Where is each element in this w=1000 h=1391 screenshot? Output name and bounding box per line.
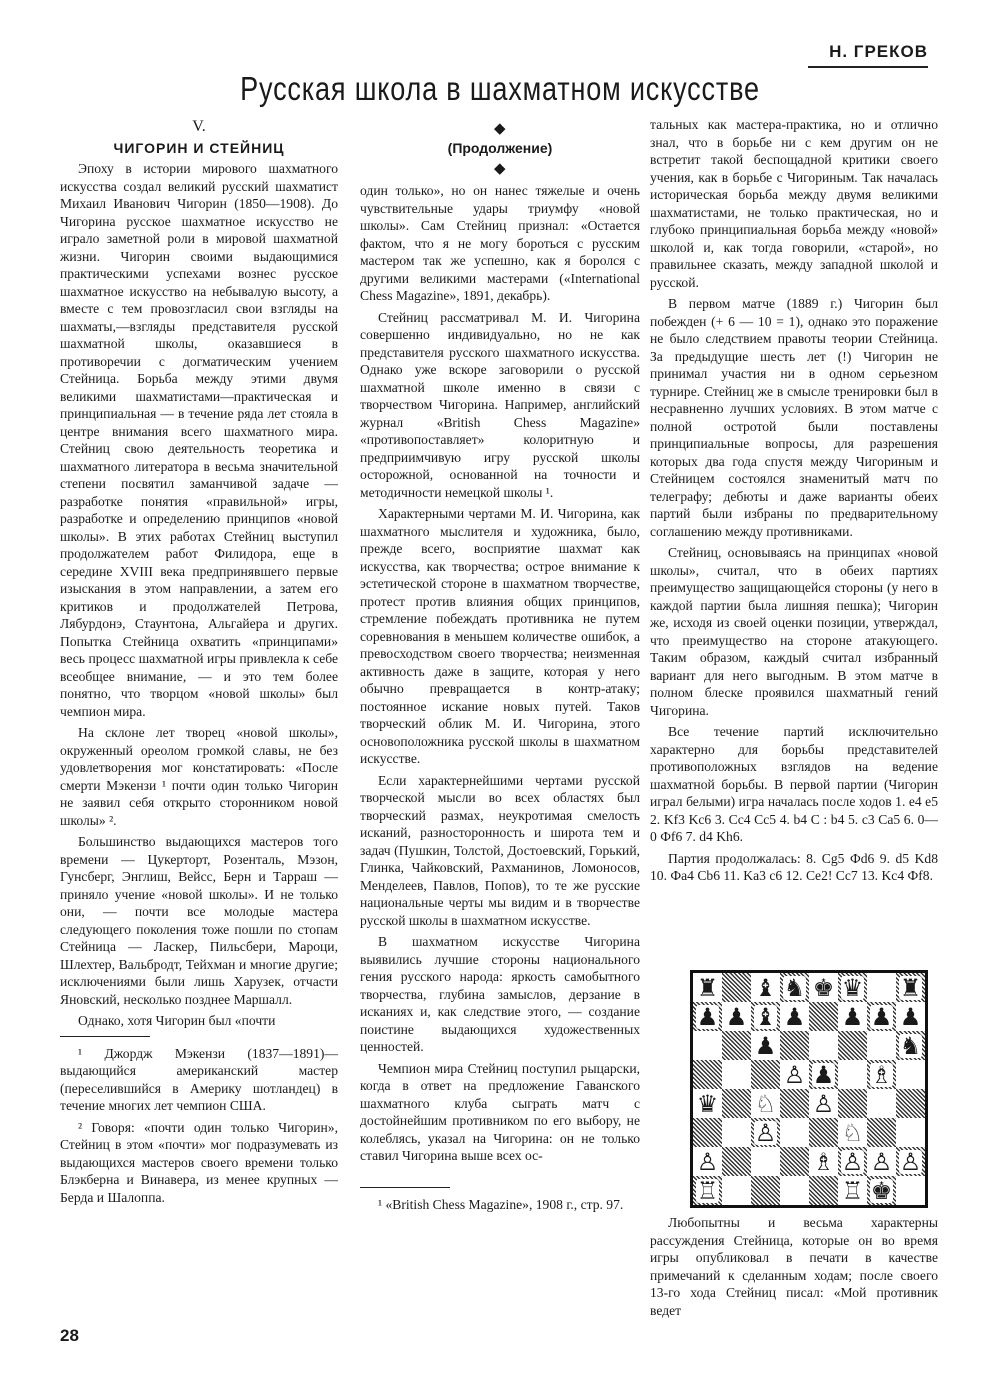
chess-piece-icon: ♞ — [783, 976, 807, 1000]
square-e8: ♚ — [809, 973, 838, 1002]
paragraph: Чемпион мира Стейниц поступил рыцарски, … — [360, 1060, 640, 1165]
paragraph: Партия продолжалась: 8. Cg5 Фd6 9. d5 Kd… — [650, 850, 938, 885]
square-h2: ♙ — [896, 1147, 925, 1176]
paragraph: Все течение партий исключительно характе… — [650, 723, 938, 846]
square-e1 — [809, 1176, 838, 1205]
square-d2 — [780, 1147, 809, 1176]
square-b7: ♟ — [722, 1002, 751, 1031]
square-c6: ♟ — [751, 1031, 780, 1060]
section-number: V. — [60, 118, 338, 136]
square-a8: ♜ — [693, 973, 722, 1002]
section-title: ЧИГОРИН И СТЕЙНИЦ — [60, 140, 338, 156]
paragraph: тальных как мастера-практика, но и отлич… — [650, 116, 938, 291]
chess-piece-icon: ♙ — [841, 1150, 865, 1174]
chess-piece-icon: ♟ — [841, 1005, 865, 1029]
author-byline: Н. ГРЕКОВ — [808, 42, 928, 68]
chess-piece-icon: ♙ — [812, 1092, 836, 1116]
square-e4: ♙ — [809, 1089, 838, 1118]
square-a2: ♙ — [693, 1147, 722, 1176]
paragraph: Стейниц, основываясь на принципах «новой… — [650, 544, 938, 719]
paragraph: Если характернейшими чертами русской тво… — [360, 772, 640, 930]
square-g1: ♚ — [867, 1176, 896, 1205]
square-b1 — [722, 1176, 751, 1205]
square-g6 — [867, 1031, 896, 1060]
square-e3 — [809, 1118, 838, 1147]
square-g8 — [867, 973, 896, 1002]
chess-diagram: ♜♝♞♚♛♜♟♟♝♟♟♟♟♟♞♙♟♗♛♘♙♙♘♙♗♙♙♙♖♖♚ — [690, 970, 928, 1208]
square-d4 — [780, 1089, 809, 1118]
chess-piece-icon: ♖ — [696, 1179, 720, 1203]
continuation-label: (Продолжение) — [360, 140, 640, 156]
chess-piece-icon: ♙ — [696, 1150, 720, 1174]
square-f2: ♙ — [838, 1147, 867, 1176]
ornament-diamond-top: ◆ — [494, 122, 506, 137]
square-d7: ♟ — [780, 1002, 809, 1031]
footnote-2: ² Говоря: «почти один только Чигорин», С… — [60, 1119, 338, 1207]
square-a5 — [693, 1060, 722, 1089]
square-h7: ♟ — [896, 1002, 925, 1031]
chess-piece-icon: ♝ — [754, 1005, 778, 1029]
square-d5: ♙ — [780, 1060, 809, 1089]
chess-piece-icon: ♘ — [754, 1092, 778, 1116]
square-a4: ♛ — [693, 1089, 722, 1118]
chess-piece-icon: ♟ — [870, 1005, 894, 1029]
chess-piece-icon: ♟ — [725, 1005, 749, 1029]
square-h8: ♜ — [896, 973, 925, 1002]
square-h1 — [896, 1176, 925, 1205]
chess-piece-icon: ♙ — [870, 1150, 894, 1174]
chess-piece-icon: ♟ — [754, 1034, 778, 1058]
chess-piece-icon: ♟ — [899, 1005, 923, 1029]
chess-piece-icon: ♙ — [754, 1121, 778, 1145]
square-g3 — [867, 1118, 896, 1147]
chess-piece-icon: ♘ — [841, 1121, 865, 1145]
column-1: Эпоху в истории мирового шахматного иску… — [60, 160, 338, 1206]
chess-piece-icon: ♚ — [870, 1179, 894, 1203]
square-b3 — [722, 1118, 751, 1147]
paragraph: Однако, хотя Чигорин был «почти — [60, 1012, 338, 1030]
square-e2: ♗ — [809, 1147, 838, 1176]
square-c7: ♝ — [751, 1002, 780, 1031]
square-c1 — [751, 1176, 780, 1205]
paragraph: Эпоху в истории мирового шахматного иску… — [60, 160, 338, 720]
square-f3: ♘ — [838, 1118, 867, 1147]
chess-piece-icon: ♜ — [696, 976, 720, 1000]
square-g7: ♟ — [867, 1002, 896, 1031]
square-b8 — [722, 973, 751, 1002]
square-g2: ♙ — [867, 1147, 896, 1176]
square-h5 — [896, 1060, 925, 1089]
chess-piece-icon: ♜ — [899, 976, 923, 1000]
footnote-divider — [360, 1187, 450, 1188]
square-h4 — [896, 1089, 925, 1118]
paragraph: На склоне лет творец «новой школы», окру… — [60, 724, 338, 829]
paragraph: Большинство выдающихся мастеров того вре… — [60, 833, 338, 1008]
square-f6 — [838, 1031, 867, 1060]
chess-piece-icon: ♗ — [812, 1150, 836, 1174]
square-d6 — [780, 1031, 809, 1060]
column-3: тальных как мастера-практика, но и отлич… — [650, 116, 938, 885]
article-title: Русская школа в шахматном искусстве — [90, 70, 910, 108]
square-f5 — [838, 1060, 867, 1089]
paragraph: В шахматном искусстве Чигорина выявились… — [360, 933, 640, 1056]
chess-piece-icon: ♛ — [696, 1092, 720, 1116]
page-number: 28 — [60, 1326, 79, 1346]
square-e6 — [809, 1031, 838, 1060]
square-b5 — [722, 1060, 751, 1089]
square-f8: ♛ — [838, 973, 867, 1002]
square-d3 — [780, 1118, 809, 1147]
chess-piece-icon: ♟ — [812, 1063, 836, 1087]
square-a6 — [693, 1031, 722, 1060]
chess-piece-icon: ♟ — [783, 1005, 807, 1029]
paragraph: Любопытны и весьма характерны рассуждени… — [650, 1214, 938, 1319]
paragraph: Характерными чертами М. И. Чигорина, как… — [360, 505, 640, 768]
square-b6 — [722, 1031, 751, 1060]
chess-piece-icon: ♝ — [754, 976, 778, 1000]
paragraph: один только», но он нанес тяжелые и очен… — [360, 182, 640, 305]
chess-piece-icon: ♗ — [870, 1063, 894, 1087]
square-b2 — [722, 1147, 751, 1176]
column-2: один только», но он нанес тяжелые и очен… — [360, 182, 640, 1213]
ornament-diamond-bottom: ◆ — [494, 162, 506, 177]
footnotes: ¹ Джордж Мэкензи (1837—1891)—выдающийся … — [60, 1045, 338, 1207]
square-d8: ♞ — [780, 973, 809, 1002]
square-f4 — [838, 1089, 867, 1118]
footnote-1: ¹ Джордж Мэкензи (1837—1891)—выдающийся … — [60, 1045, 338, 1115]
square-d1 — [780, 1176, 809, 1205]
chess-piece-icon: ♙ — [783, 1063, 807, 1087]
chess-piece-icon: ♟ — [696, 1005, 720, 1029]
square-h3 — [896, 1118, 925, 1147]
square-g4 — [867, 1089, 896, 1118]
footnotes: ¹ «British Chess Magazine», 1908 г., стр… — [360, 1196, 640, 1214]
square-b4 — [722, 1089, 751, 1118]
chess-piece-icon: ♖ — [841, 1179, 865, 1203]
square-a3 — [693, 1118, 722, 1147]
paragraph: В первом матче (1889 г.) Чигорин был поб… — [650, 295, 938, 540]
footnote-1: ¹ «British Chess Magazine», 1908 г., стр… — [360, 1196, 640, 1214]
chess-piece-icon: ♞ — [899, 1034, 923, 1058]
square-f7: ♟ — [838, 1002, 867, 1031]
chess-piece-icon: ♙ — [899, 1150, 923, 1174]
square-a1: ♖ — [693, 1176, 722, 1205]
square-f1: ♖ — [838, 1176, 867, 1205]
chess-piece-icon: ♚ — [812, 976, 836, 1000]
chess-piece-icon: ♛ — [841, 976, 865, 1000]
square-e7 — [809, 1002, 838, 1031]
square-c8: ♝ — [751, 973, 780, 1002]
square-c2 — [751, 1147, 780, 1176]
square-c3: ♙ — [751, 1118, 780, 1147]
square-g5: ♗ — [867, 1060, 896, 1089]
column-3-continued: Любопытны и весьма характерны рассуждени… — [650, 1214, 938, 1319]
square-c4: ♘ — [751, 1089, 780, 1118]
footnote-divider — [60, 1036, 150, 1037]
square-e5: ♟ — [809, 1060, 838, 1089]
square-a7: ♟ — [693, 1002, 722, 1031]
square-c5 — [751, 1060, 780, 1089]
square-h6: ♞ — [896, 1031, 925, 1060]
paragraph: Стейниц рассматривал М. И. Чигорина сове… — [360, 309, 640, 502]
